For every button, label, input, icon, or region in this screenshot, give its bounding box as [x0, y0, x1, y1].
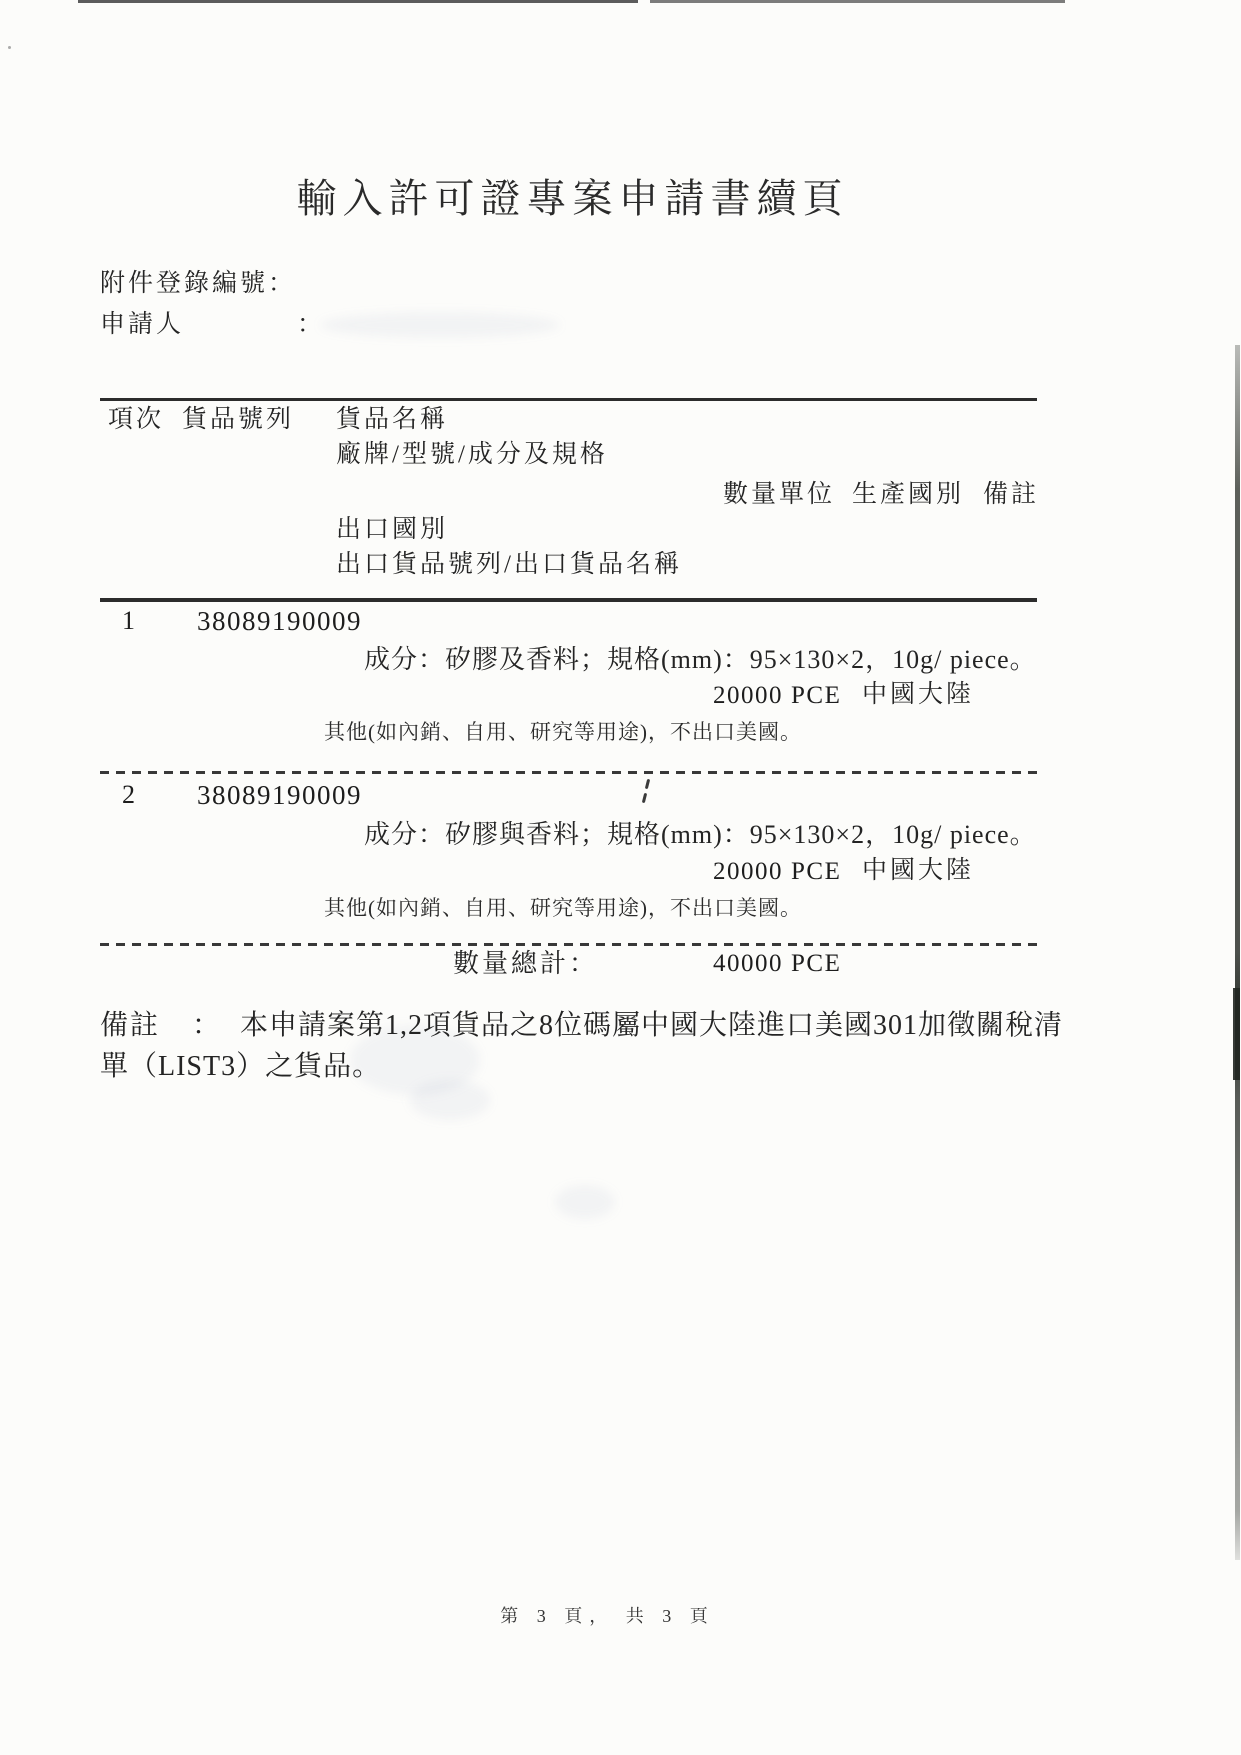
column-header-export-code-name: 出口貨品號列/出口貨品名稱	[336, 551, 682, 580]
scan-artifact-top-edge	[78, 0, 638, 3]
scan-artifact-speck	[8, 46, 11, 49]
scanned-document-page: 輸入許可證專案申請書續頁 附件登錄編號： 申請人 ： 項次 貨品號列 貨品名稱 …	[0, 0, 1241, 1755]
remark-label: 備註	[100, 1010, 160, 1042]
total-quantity: 40000	[713, 950, 783, 979]
scan-artifact-smudge	[320, 312, 560, 338]
column-header-commodity-name: 貨品名稱	[336, 406, 448, 435]
item-spec: 成分：矽膠及香料；規格(mm)：95×130×2，10g/ piece。	[364, 645, 1037, 675]
scan-artifact-stray-mark	[645, 779, 650, 789]
scan-artifact-top-edge	[650, 0, 1065, 3]
page-number-footer: 第 3 頁， 共 3 頁	[0, 1606, 1215, 1627]
scan-artifact-smudge	[555, 1185, 615, 1219]
scan-artifact-stray-mark	[642, 793, 647, 803]
item-commodity-code: 38089190009	[197, 606, 362, 637]
document-title: 輸入許可證專案申請書續頁	[0, 176, 1145, 222]
column-header-export-country: 出口國別	[336, 516, 448, 545]
column-header-brand-spec: 廠牌/型號/成分及規格	[336, 441, 608, 470]
applicant-label: 申請人	[100, 311, 184, 340]
item-unit: PCE	[791, 682, 841, 711]
column-header-commodity-code: 貨品號列	[182, 406, 294, 435]
item-export-note: 其他(如內銷、自用、研究等用途)，不出口美國。	[324, 896, 802, 920]
remark-line2: 單（LIST3）之貨品。	[100, 1051, 381, 1083]
item-origin: 中國大陸	[862, 857, 974, 886]
table-top-rule	[100, 398, 1037, 401]
scan-artifact-smudge	[410, 1080, 490, 1120]
remark-colon: ：	[192, 1010, 222, 1042]
total-divider-dashed	[100, 943, 1037, 946]
row-divider-dashed	[100, 771, 1037, 774]
remark-line1: 本申請案第1,2項貨品之8位碼屬中國大陸進口美國301加徵關稅清	[240, 1010, 1063, 1042]
column-header-remark: 備註	[983, 481, 1039, 510]
item-no: 1	[122, 606, 137, 636]
item-unit: PCE	[791, 858, 841, 887]
total-label: 數量總計：	[453, 949, 598, 979]
item-spec: 成分：矽膠與香料；規格(mm)：95×130×2，10g/ piece。	[364, 820, 1037, 850]
item-quantity: 20000	[713, 858, 783, 887]
applicant-colon: ：	[297, 311, 325, 340]
item-origin: 中國大陸	[862, 681, 974, 710]
column-header-origin-country: 生產國別	[852, 481, 964, 510]
table-header-rule	[100, 598, 1037, 602]
item-no: 2	[122, 780, 137, 810]
column-header-item-no: 項次	[108, 406, 164, 435]
attachment-number-label: 附件登錄編號：	[100, 270, 296, 299]
scan-artifact-right-edge	[1235, 345, 1240, 1560]
total-unit: PCE	[791, 950, 841, 979]
scan-artifact-right-edge	[1233, 988, 1240, 1080]
item-quantity: 20000	[713, 682, 783, 711]
item-commodity-code: 38089190009	[197, 780, 362, 811]
column-header-quantity-unit: 數量單位	[723, 481, 835, 510]
item-export-note: 其他(如內銷、自用、研究等用途)，不出口美國。	[324, 720, 802, 744]
